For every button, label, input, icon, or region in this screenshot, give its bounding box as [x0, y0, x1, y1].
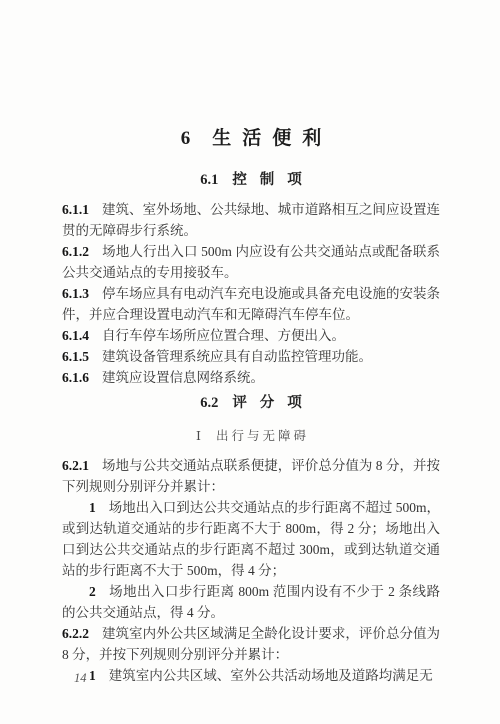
document-page: 6生活便利 6.1控制项 6.1.1建筑、室外场地、公共绿地、城市道路相互之间应… [0, 0, 500, 724]
section-number: 6.1 [200, 172, 218, 188]
clause-number: 6.1.3 [62, 286, 102, 301]
clause-text: 场地与公共交通站点联系便捷，评价总分值为 8 分，并按下列规则分别评分并累计： [62, 458, 440, 494]
clause-text: 场地人行出入口 500m 内应设有公共交通站点或配备联系公共交通站点的专用接驳车… [62, 244, 440, 280]
section-6-1-body: 6.1.1建筑、室外场地、公共绿地、城市道路相互之间应设置连贯的无障碍步行系统。… [62, 199, 440, 388]
subsection-heading-travel-accessibility: Ⅰ出行与无障碍 [62, 428, 440, 444]
subsection-numeral: Ⅰ [196, 429, 201, 443]
subsection-name: 出行与无障碍 [216, 429, 309, 443]
clause-6-2-2: 6.2.2建筑室内外公共区域满足全龄化设计要求，评价总分值为 8 分，并按下列规… [62, 623, 440, 665]
clause-text: 建筑室内外公共区域满足全龄化设计要求，评价总分值为 8 分，并按下列规则分别评分… [62, 626, 440, 662]
clause-6-2-1: 6.2.1场地与公共交通站点联系便捷，评价总分值为 8 分，并按下列规则分别评分… [62, 455, 440, 497]
chapter-name: 生活便利 [212, 128, 332, 149]
clause-number: 6.1.1 [62, 202, 102, 217]
clause-6-1-2: 6.1.2场地人行出入口 500m 内应设有公共交通站点或配备联系公共交通站点的… [62, 241, 440, 283]
section-name: 控制项 [232, 172, 315, 188]
clause-text: 建筑应设置信息网络系统。 [102, 370, 264, 385]
section-number: 6.2 [200, 395, 218, 411]
clause-number: 6.2.2 [62, 626, 102, 641]
clause-6-1-1: 6.1.1建筑、室外场地、公共绿地、城市道路相互之间应设置连贯的无障碍步行系统。 [62, 199, 440, 241]
clause-number: 6.1.5 [62, 349, 102, 364]
chapter-title: 6生活便利 [62, 126, 440, 152]
clause-text: 建筑、室外场地、公共绿地、城市道路相互之间应设置连贯的无障碍步行系统。 [62, 202, 440, 238]
clause-6-1-5: 6.1.5建筑设备管理系统应具有自动监控管理功能。 [62, 346, 440, 367]
clause-text: 停车场应具有电动汽车充电设施或具备充电设施的安装条件，并应合理设置电动汽车和无障… [62, 286, 440, 322]
item-number: 2 [89, 584, 109, 599]
clause-6-2-2-item-1: 1建筑室内公共区域、室外公共活动场地及道路均满足无 [62, 665, 440, 686]
item-text: 建筑室内公共区域、室外公共活动场地及道路均满足无 [109, 668, 433, 683]
section-name: 评分项 [232, 395, 315, 411]
clause-6-2-1-item-1: 1场地出入口到达公共交通站点的步行距离不超过 500m，或到达轨道交通站的步行距… [62, 497, 440, 581]
clause-6-1-4: 6.1.4自行车停车场所应位置合理、方便出入。 [62, 325, 440, 346]
section-heading-6-1: 6.1控制项 [62, 170, 440, 190]
item-text: 场地出入口到达公共交通站点的步行距离不超过 500m，或到达轨道交通站的步行距离… [62, 500, 440, 578]
clause-number: 6.2.1 [62, 458, 102, 473]
page-number: 14 [74, 671, 87, 686]
clause-6-1-3: 6.1.3停车场应具有电动汽车充电设施或具备充电设施的安装条件，并应合理设置电动… [62, 283, 440, 325]
clause-number: 6.1.2 [62, 244, 102, 259]
chapter-number: 6 [181, 128, 191, 149]
clause-number: 6.1.6 [62, 370, 102, 385]
item-text: 场地出入口步行距离 800m 范围内设有不少于 2 条线路的公共交通站点，得 4… [62, 584, 440, 620]
item-number: 1 [89, 500, 109, 515]
clause-6-1-6: 6.1.6建筑应设置信息网络系统。 [62, 367, 440, 388]
clause-text: 自行车停车场所应位置合理、方便出入。 [102, 328, 345, 343]
clause-text: 建筑设备管理系统应具有自动监控管理功能。 [102, 349, 372, 364]
section-6-2-body: 6.2.1场地与公共交通站点联系便捷，评价总分值为 8 分，并按下列规则分别评分… [62, 455, 440, 686]
item-number: 1 [89, 668, 109, 683]
clause-6-2-1-item-2: 2场地出入口步行距离 800m 范围内设有不少于 2 条线路的公共交通站点，得 … [62, 581, 440, 623]
section-heading-6-2: 6.2评分项 [62, 393, 440, 413]
clause-number: 6.1.4 [62, 328, 102, 343]
